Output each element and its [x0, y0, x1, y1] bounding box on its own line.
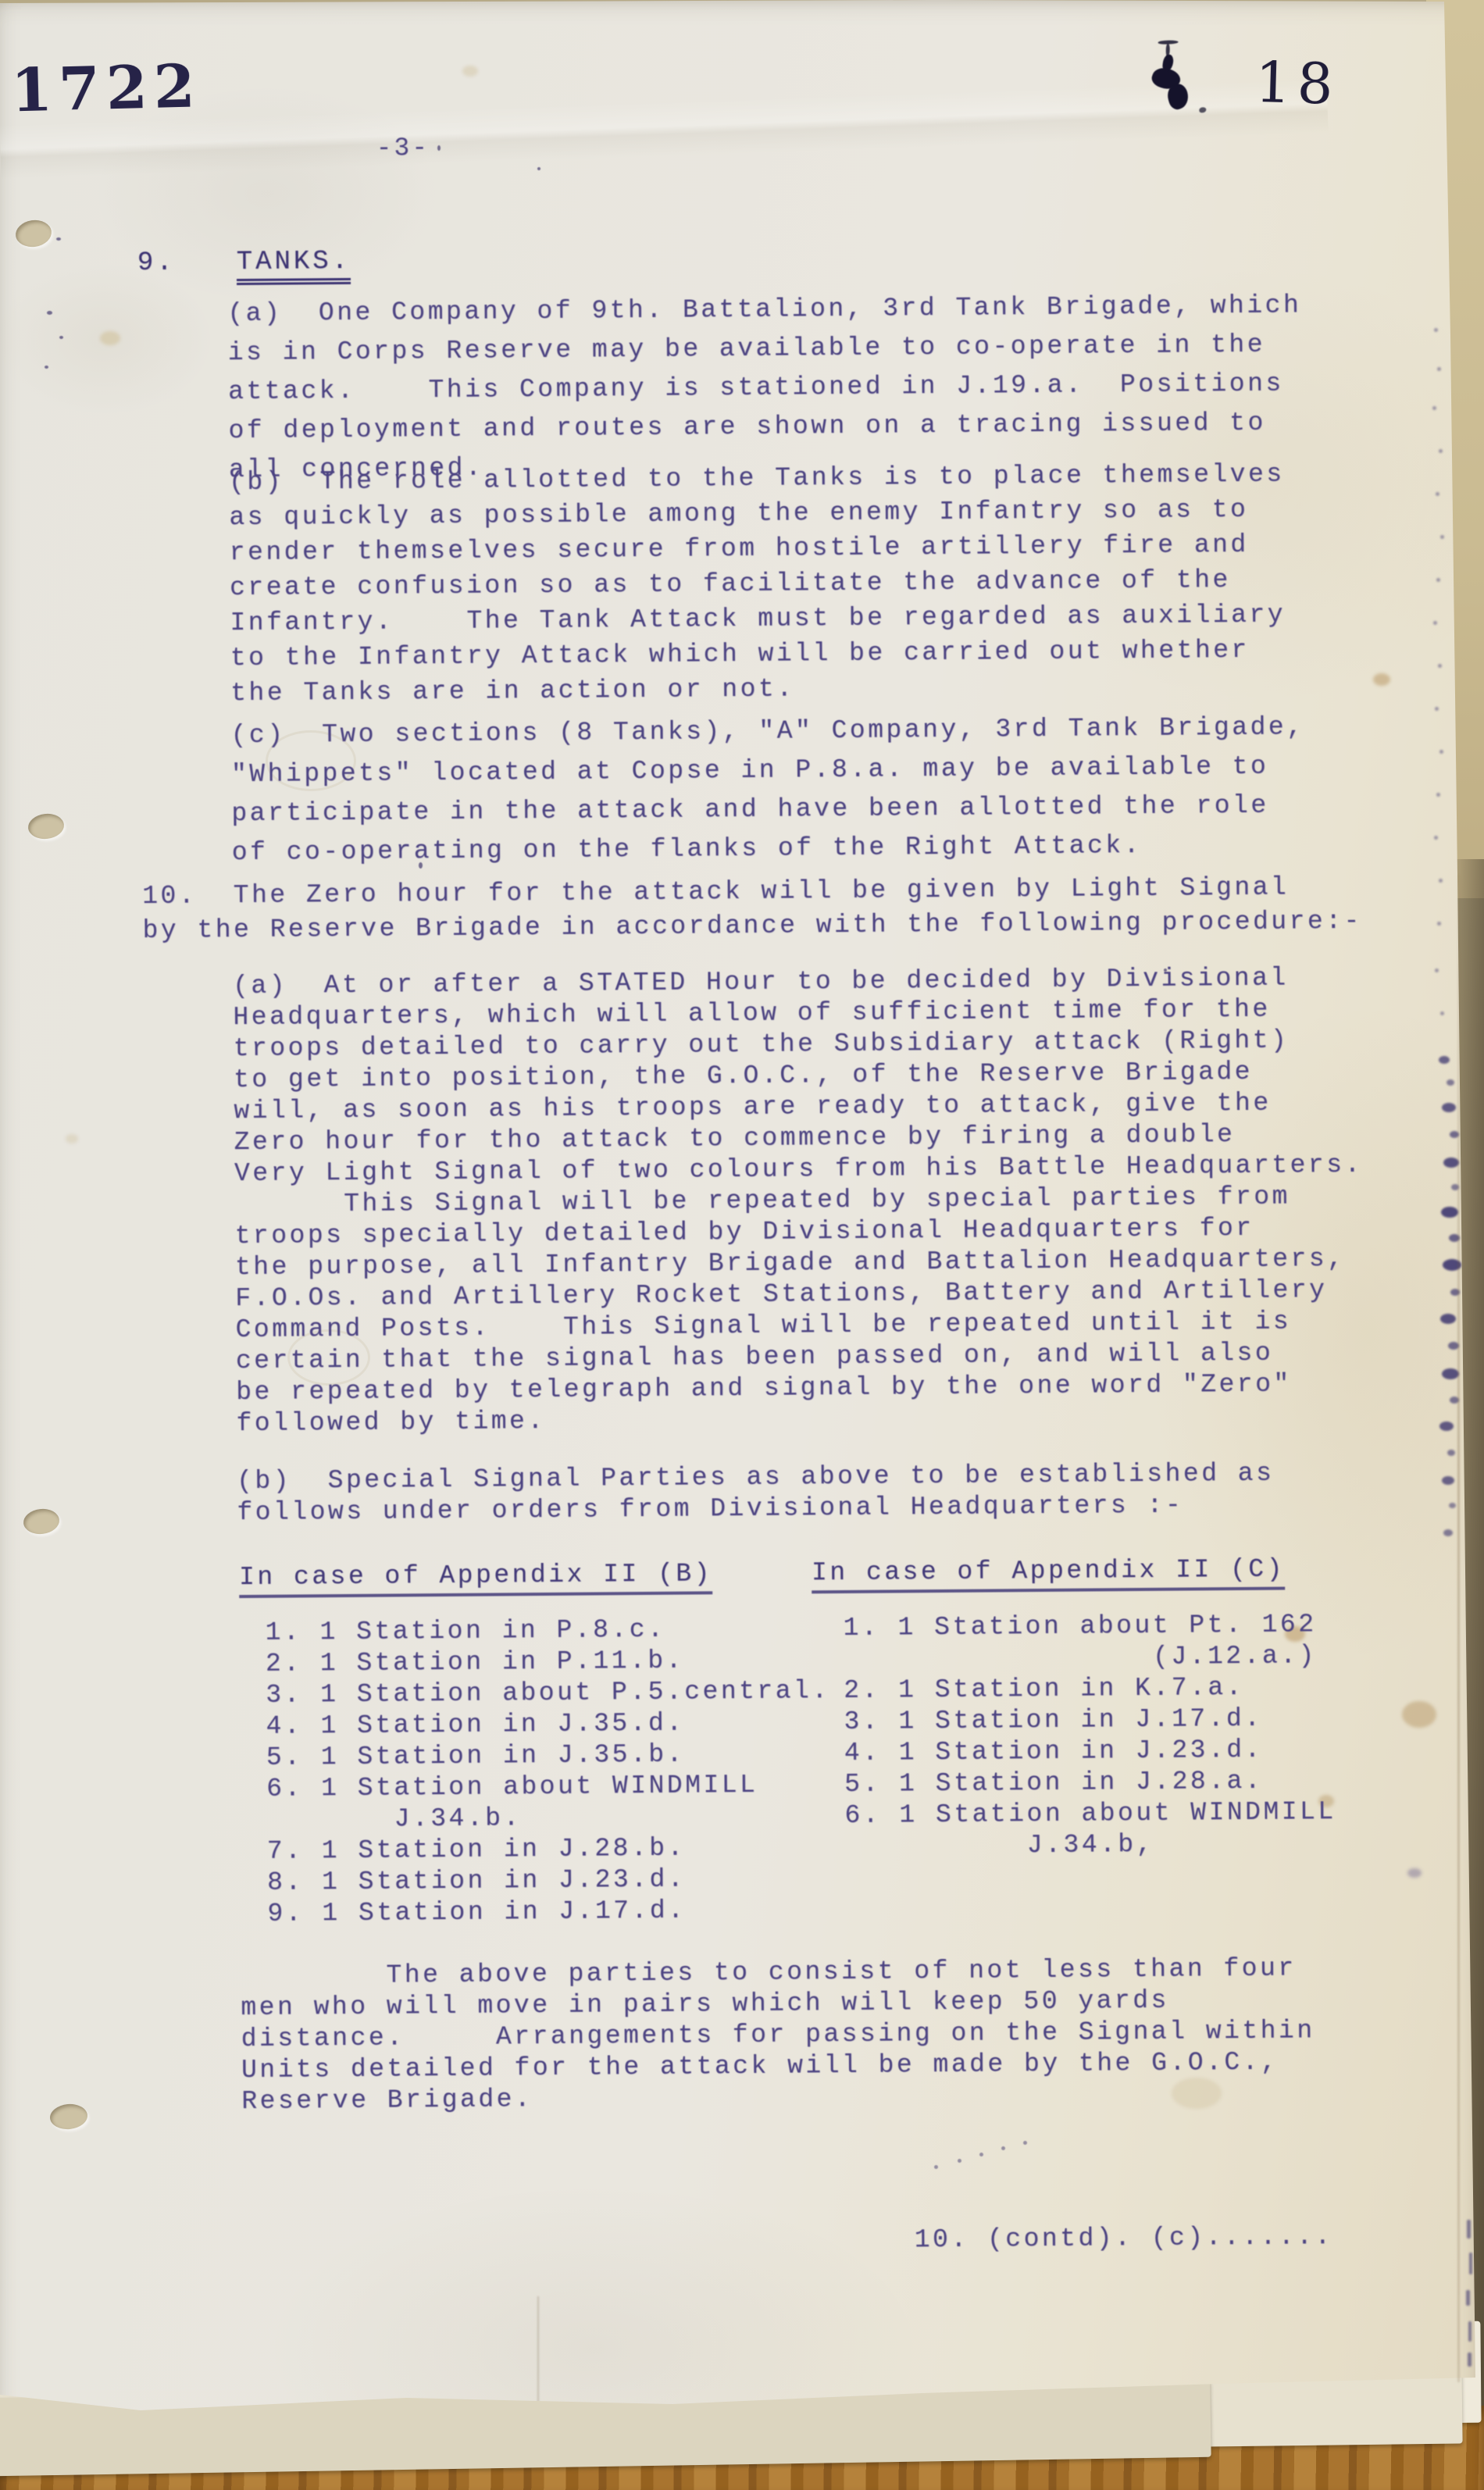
appendix-c-station-list: 1. 1 Station about Pt. 162 (J.12.a.)2. 1…	[843, 1609, 1336, 1863]
ink-smudge	[1442, 1368, 1459, 1379]
ink-smudge	[1434, 328, 1438, 332]
ink-smudge	[1432, 406, 1436, 410]
ink-smudge	[1449, 1503, 1456, 1508]
ink-speck	[59, 336, 63, 339]
typed-line: 4. 1 Station in J.35.d.	[266, 1707, 830, 1743]
ink-speck	[437, 145, 441, 151]
typed-line: the Tanks are in action or not.	[230, 668, 1286, 712]
paper-crease	[1457, 875, 1460, 2382]
typed-line: of co-operating on the flanks of the Rig…	[232, 825, 1306, 872]
ink-smudge	[1439, 449, 1443, 453]
ink-smudge	[1441, 1207, 1458, 1218]
ink-smudge	[1447, 1450, 1455, 1456]
ink-smudge	[1437, 367, 1441, 371]
ink-speck	[47, 311, 52, 315]
typed-layer: 1722 18 -3- 9.TANKS. (a) One Company of …	[0, 0, 1484, 2427]
paragraph-9b: (b) The role allotted to the Tanks is to…	[229, 457, 1286, 712]
ink-speck	[419, 862, 423, 869]
section-9-title: TANKS.	[237, 247, 351, 285]
ink-smudge	[1436, 492, 1439, 496]
typed-line: 2. 1 Station in K.7.a.	[844, 1671, 1335, 1707]
ink-smudge	[1443, 1158, 1459, 1168]
ink-speck	[56, 237, 61, 241]
ink-blot	[1199, 107, 1206, 112]
typed-line: 1. 1 Station about Pt. 162	[843, 1609, 1334, 1644]
typed-line: 4. 1 Station in J.23.d.	[844, 1734, 1336, 1769]
typed-line: 3. 1 Station about P.5.central.	[266, 1675, 830, 1711]
typed-line: 1. 1 Station in P.8.c.	[265, 1613, 829, 1649]
typed-line: 7. 1 Station in J.28.b.	[267, 1832, 832, 1867]
appendix-c-column-header: In case of Appendix II (C)	[812, 1555, 1285, 1594]
ink-smudge	[1467, 2220, 1471, 2239]
ink-smudge	[1436, 793, 1440, 797]
section-10-intro: 10. The Zero hour for the attack will be…	[142, 870, 1362, 948]
ink-speck	[537, 167, 540, 170]
ink-smudge	[1439, 1056, 1450, 1064]
ink-smudge	[1438, 664, 1442, 668]
footer-continuation-note: 10. (contd). (c).......	[915, 2221, 1333, 2256]
ink-smudge	[1436, 578, 1440, 582]
typed-line: 5. 1 Station in J.35.b.	[266, 1738, 831, 1774]
ink-smudge	[1434, 836, 1438, 840]
paragraph-9c: (c) Two sections (8 Tanks), "A" Company,…	[230, 708, 1305, 872]
section-9-heading: 9.TANKS.	[137, 247, 351, 278]
page-number: -3-	[376, 134, 430, 163]
typed-line: 6. 1 Station about WINDMILL	[266, 1769, 831, 1805]
section-9-number: 9.	[137, 248, 176, 278]
paragraph-10b: (b) Special Signal Parties as above to b…	[237, 1458, 1275, 1529]
appendix-b-column-header: In case of Appendix II (B)	[239, 1559, 712, 1598]
typed-line: 2. 1 Station in P.11.b.	[266, 1644, 830, 1680]
ink-speck	[1001, 2146, 1005, 2150]
ink-speck	[45, 366, 48, 369]
ink-smudge	[1443, 1529, 1453, 1536]
typed-line: 3. 1 Station in J.17.d.	[844, 1703, 1335, 1738]
ink-smudge	[1440, 535, 1444, 539]
ink-smudge	[1439, 750, 1443, 754]
ink-smudge	[1466, 2290, 1470, 2306]
ink-smudge	[1447, 1079, 1454, 1086]
ink-smudge	[1439, 1422, 1454, 1431]
ink-speck	[958, 2159, 961, 2163]
appendix-b-station-list: 1. 1 Station in P.8.c.2. 1 Station in P.…	[265, 1613, 832, 1930]
typed-line: 9. 1 Station in J.17.d.	[267, 1894, 832, 1930]
document-page: 1722 18 -3- 9.TANKS. (a) One Company of …	[0, 0, 1484, 2421]
paragraph-10a-continued: This Signal will be repeated by special …	[234, 1181, 1347, 1439]
typed-line: J.34.b,	[845, 1828, 1336, 1863]
ink-smudge	[1437, 922, 1441, 926]
ink-speck	[979, 2153, 983, 2156]
footer-text: 10. (contd). (c).......	[915, 2221, 1333, 2256]
typed-line: (J.12.a.)	[844, 1640, 1335, 1675]
typed-line: J.34.b.	[266, 1800, 831, 1836]
ink-smudge	[1469, 2253, 1472, 2274]
ink-smudge	[1433, 621, 1437, 625]
ink-smudge	[1442, 1476, 1454, 1485]
paragraph-10a: (a) At or after a STATED Hour to be deci…	[233, 962, 1363, 1190]
typed-line: 6. 1 Station about WINDMILL	[844, 1796, 1336, 1832]
ink-smudge	[1442, 1103, 1456, 1112]
closing-paragraph: The above parties to consist of not less…	[241, 1953, 1315, 2117]
page-ref-number: 18	[1254, 49, 1340, 117]
ink-smudge	[1435, 969, 1439, 972]
ink-smudge	[1440, 1314, 1456, 1324]
ink-smudge	[1468, 2321, 1472, 2342]
typed-line: 8. 1 Station in J.23.d.	[267, 1863, 832, 1899]
ink-speck	[934, 2165, 938, 2169]
ink-smudge	[1440, 1011, 1444, 1015]
stamp-number: 1722	[10, 51, 202, 125]
ink-smudge	[1468, 2353, 1472, 2367]
ink-smudge	[1439, 879, 1443, 883]
ink-speck	[1023, 2141, 1027, 2145]
ink-smudge	[1435, 707, 1439, 711]
typed-line: 5. 1 Station in J.28.a.	[844, 1765, 1336, 1800]
ink-speck	[1164, 969, 1167, 972]
